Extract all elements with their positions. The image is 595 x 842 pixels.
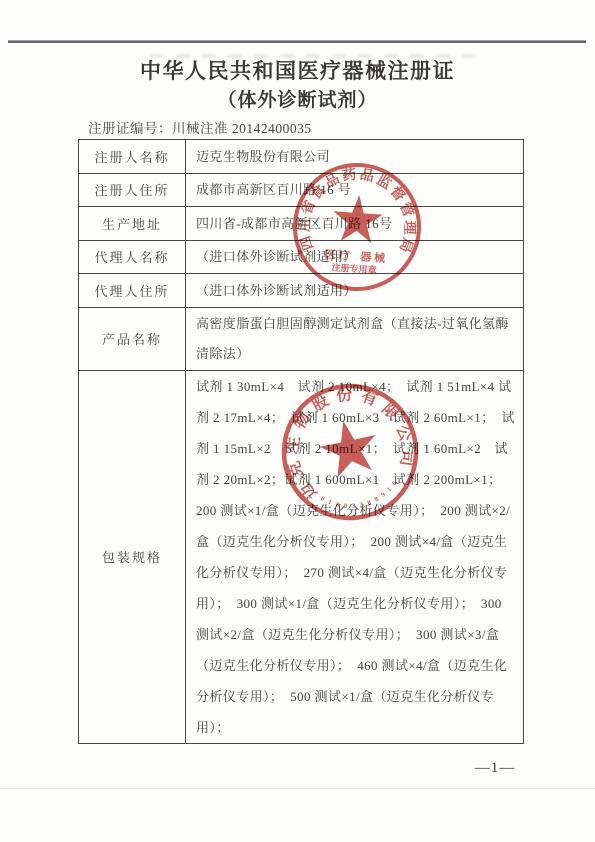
table-row-packaging-spec: 包装规格 试剂 1 30mL×4 试剂 2 10mL×4； 试剂 1 51mL×…: [79, 371, 523, 743]
table-row-agent-name: 代理人名称 （进口体外诊断试剂适用）: [79, 241, 523, 275]
table-row-production-address: 生产地址 四川省-成都市高新区百川路 16号: [79, 207, 523, 241]
table-row-product-name: 产品名称 高密度脂蛋白胆固醇测定试剂盒（直接法-过氧化氢酶清除法）: [79, 308, 523, 371]
certificate-title: 中华人民共和国医疗器械注册证: [0, 55, 595, 85]
row-label: 代理人名称: [79, 241, 186, 274]
row-label: 生产地址: [79, 207, 186, 240]
row-value: 成都市高新区百川路 16 号: [186, 174, 523, 207]
row-value: 高密度脂蛋白胆固醇测定试剂盒（直接法-过氧化氢酶清除法）: [186, 308, 523, 370]
table-row-agent-address: 代理人住所 （进口体外诊断试剂适用）: [79, 274, 523, 308]
row-value: （进口体外诊断试剂适用）: [186, 241, 523, 274]
certificate-table: 注册人名称 迈克生物股份有限公司 注册人住所 成都市高新区百川路 16 号 生产…: [78, 139, 524, 744]
row-label: 包装规格: [79, 371, 186, 743]
registration-number-label: 注册证编号：: [88, 121, 172, 136]
registration-number-value: 川械注准 20142400035: [172, 121, 312, 136]
bottom-rule: [0, 788, 595, 789]
row-value: （进口体外诊断试剂适用）: [186, 274, 523, 307]
registration-number-line: 注册证编号：川械注准 20142400035: [88, 117, 312, 137]
page-number: —1—: [455, 760, 535, 777]
row-label: 产品名称: [79, 308, 186, 370]
table-row-registrant-name: 注册人名称 迈克生物股份有限公司: [79, 140, 523, 174]
row-label: 注册人住所: [79, 174, 186, 207]
row-value: 迈克生物股份有限公司: [186, 140, 523, 173]
row-label: 注册人名称: [79, 140, 186, 173]
table-row-registrant-address: 注册人住所 成都市高新区百川路 16 号: [79, 174, 523, 208]
top-rule: [8, 40, 586, 43]
row-value: 四川省-成都市高新区百川路 16号: [186, 207, 523, 240]
row-label: 代理人住所: [79, 274, 186, 307]
row-value: 试剂 1 30mL×4 试剂 2 10mL×4； 试剂 1 51mL×4 试剂 …: [186, 371, 523, 743]
certificate-subtitle: （体外诊断试剂）: [0, 85, 595, 112]
certificate-page: 中华人民共和国医疗器械注册证 （体外诊断试剂） 注册证编号：川械注准 20142…: [0, 0, 595, 842]
